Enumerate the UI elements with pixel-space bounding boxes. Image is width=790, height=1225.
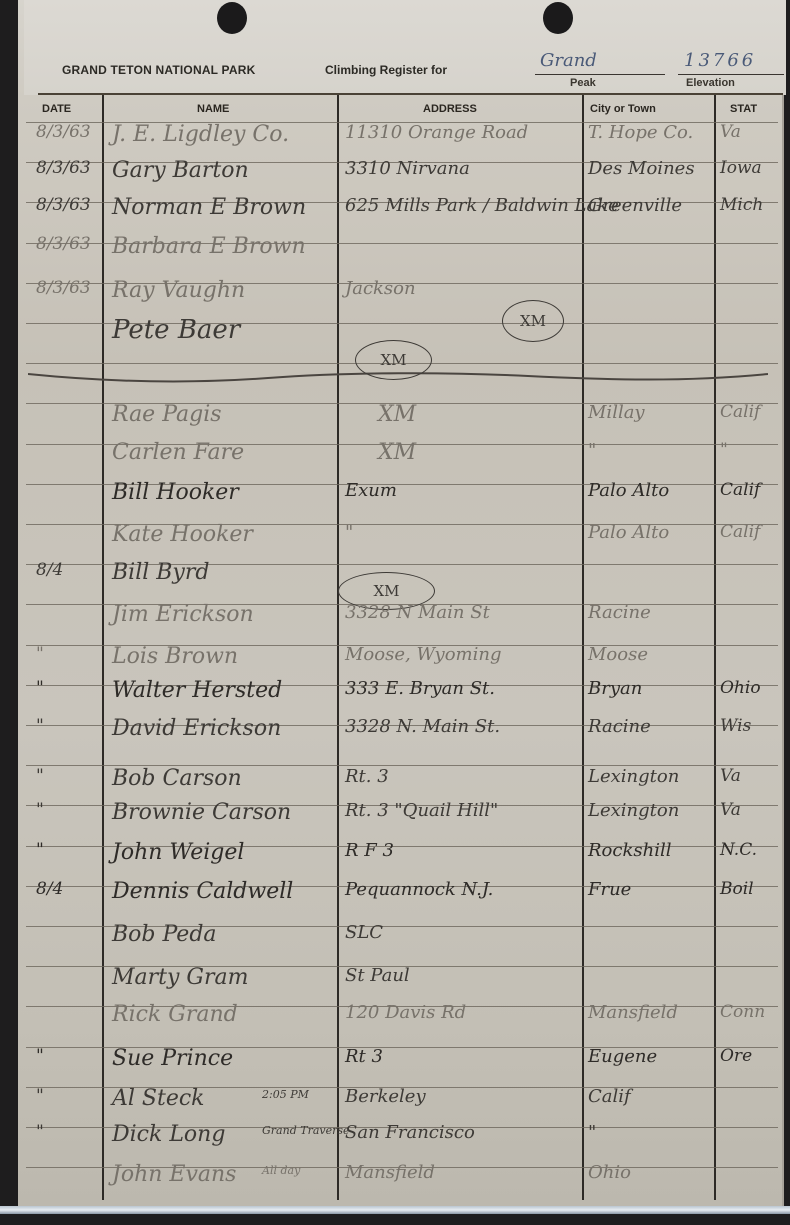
entry-name: J. E. Ligdley Co. [112,122,289,147]
entry-address: Rt. 3 "Quail Hill" [345,800,498,821]
col-city: City or Town [590,103,656,115]
entry-city: Moose [588,644,648,665]
xm-badge: XM [502,300,564,342]
entry-city: Rockshill [588,840,671,861]
entry-date: 8/4 [36,560,63,580]
entry-name: Al Steck [112,1086,205,1111]
sheet-header-band [24,0,786,95]
entry-date: " [36,1046,44,1066]
entry-address: 3310 Nirvana [345,158,470,179]
entry-name: Kate Hooker [112,522,253,547]
col-name: NAME [197,103,229,115]
entry-address: 625 Mills Park / Baldwin Lake [345,195,619,216]
entry-state: Boil [720,879,754,899]
entry-name: Rick Grand [112,1002,238,1027]
entry-name: Rae Pagis [112,402,222,427]
elevation-value: 13766 [684,50,756,71]
col-state: STAT [730,103,757,115]
entry-city: Des Moines [588,158,695,179]
entry-state: Ore [720,1046,752,1066]
entry-date: 8/4 [36,879,63,899]
entry-date: 8/3/63 [36,195,91,215]
register-label: Climbing Register for [325,63,447,77]
entry-note: All day [262,1164,300,1177]
divider-city-state [714,95,716,1200]
entry-note: 2:05 PM [262,1088,309,1101]
entry-address: Pequannock N.J. [345,879,493,900]
entry-city: Palo Alto [588,522,669,543]
entry-state: Iowa [720,158,762,178]
punch-hole-left [217,2,247,34]
header-rule [38,93,783,95]
entry-city: " [588,1122,596,1143]
entry-address: Berkeley [345,1086,426,1107]
entry-city: Palo Alto [588,480,669,501]
peak-underline [535,74,665,75]
divider-address-city [582,95,584,1200]
entry-date: " [36,800,44,820]
entry-name: John Evans [112,1162,236,1187]
entry-date: " [36,840,44,860]
entry-city: Ohio [588,1162,631,1183]
entry-name: Dennis Caldwell [112,879,293,904]
entry-date: 8/3/63 [36,278,91,298]
entry-city: Bryan [588,678,642,699]
entry-address: SLC [345,922,383,943]
entry-address: 120 Davis Rd [345,1002,466,1023]
entry-address: 3328 N Main St [345,602,490,623]
entry-state: Ohio [720,678,761,698]
entry-name: Pete Baer [112,315,240,345]
entry-address: XM [378,440,416,465]
entry-address: Jackson [345,278,416,299]
entry-date: " [36,644,44,664]
entry-address: Rt. 3 [345,766,389,787]
entry-name: Bob Carson [112,766,242,791]
entry-state: N.C. [720,840,757,860]
entry-state: Calif [720,522,760,542]
entry-address: Moose, Wyoming [345,644,502,665]
entry-note: Grand Traverse [262,1124,350,1137]
entry-name: David Erickson [112,716,281,741]
entry-address: Mansfield [345,1162,435,1183]
elevation-underline [678,74,784,75]
entry-name: Bill Byrd [112,560,209,585]
punch-hole-right [543,2,573,34]
entry-date: 8/3/63 [36,122,91,142]
entry-name: Gary Barton [112,158,249,183]
entry-name: Walter Hersted [112,678,282,703]
entry-city: T. Hope Co. [588,122,693,143]
entry-state: Mich [720,195,763,215]
divider-date-name [102,95,104,1200]
entry-city: Calif [588,1086,631,1107]
entry-name: Marty Gram [112,965,249,990]
entry-name: Ray Vaughn [112,278,245,303]
entry-state: Conn [720,1002,765,1022]
entry-city: Frue [588,879,631,900]
entry-address: St Paul [345,965,410,986]
entry-name: Sue Prince [112,1046,233,1071]
entry-date: " [36,1122,44,1142]
entry-name: Jim Erickson [112,602,254,627]
entry-address: 333 E. Bryan St. [345,678,495,699]
entry-name: Barbara E Brown [112,234,306,259]
entry-city: Greenville [588,195,682,216]
entry-address: Exum [345,480,397,501]
entry-address: Rt 3 [345,1046,383,1067]
entry-address: 3328 N. Main St. [345,716,500,737]
divider-name-address [337,95,339,1200]
entry-date: " [36,766,44,786]
col-date: DATE [42,103,71,115]
entry-address: " [345,522,353,543]
entry-city: Mansfield [588,1002,678,1023]
entry-state: Va [720,766,741,786]
entry-name: Dick Long [112,1122,225,1147]
entry-address: XM [378,402,416,427]
entry-name: Lois Brown [112,644,238,669]
entry-name: Bob Peda [112,922,217,947]
entry-city: Millay [588,402,645,423]
elevation-label: Elevation [686,77,735,89]
xm-badge: XM [355,340,432,380]
entry-date: " [36,678,44,698]
entry-date: " [36,1086,44,1106]
entry-date: 8/3/63 [36,158,91,178]
entry-city: Racine [588,716,651,737]
entry-city: Lexington [588,766,679,787]
entry-state: Va [720,800,741,820]
entry-state: Calif [720,480,760,500]
entry-name: Norman E Brown [112,195,306,220]
entry-state: Calif [720,402,760,422]
entry-state: " [720,440,728,460]
entry-name: Brownie Carson [112,800,291,825]
col-address: ADDRESS [423,103,477,115]
entry-name: Carlen Fare [112,440,244,465]
entry-state: Wis [720,716,751,736]
entry-date: 8/3/63 [36,234,91,254]
entry-address: San Francisco [345,1122,475,1143]
entry-date: " [36,716,44,736]
entry-city: Racine [588,602,651,623]
entry-state: Va [720,122,741,142]
entry-address: 11310 Orange Road [345,122,528,143]
entry-name: John Weigel [112,840,244,865]
park-title: GRAND TETON NATIONAL PARK [62,63,255,77]
peak-label: Peak [570,77,596,89]
entry-city: " [588,440,596,461]
peak-value: Grand [540,50,597,71]
entry-city: Lexington [588,800,679,821]
entry-name: Bill Hooker [112,480,239,505]
entry-city: Eugene [588,1046,657,1067]
clipboard-edge [0,1206,790,1214]
entry-address: R F 3 [345,840,394,861]
